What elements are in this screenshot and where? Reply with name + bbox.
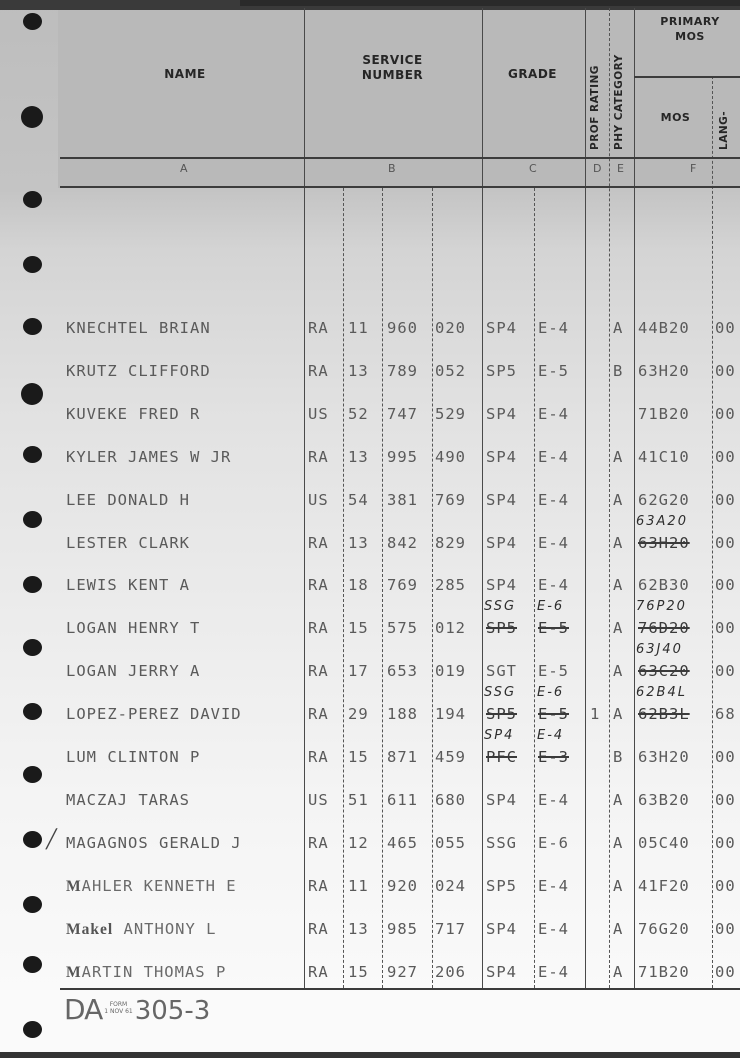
cell-grade: SP4 (486, 790, 517, 810)
cell-mos: 62B3L (638, 704, 690, 724)
row-divider (60, 157, 740, 159)
cell-sn2: 960 (387, 318, 418, 338)
cell-name: LOGAN JERRY A (66, 661, 200, 681)
cell-sn1: 52 (348, 404, 369, 424)
table-row: Makel ANTHONY LRA13985717SP4E-4A76G2000 (0, 919, 740, 939)
handwritten-correction: 76P20 (636, 599, 687, 614)
cell-lang: 00 (715, 490, 736, 510)
cell-grade: SP4 (486, 318, 517, 338)
cell-sn1: 13 (348, 533, 369, 553)
binder-hole (21, 383, 43, 405)
cell-pay: E-4 (538, 919, 569, 939)
cell-pay: E-4 (538, 962, 569, 982)
cell-phy: B (613, 747, 623, 767)
cell-sn2: 465 (387, 833, 418, 853)
binder-hole (23, 896, 42, 913)
table-row: LEWIS KENT ARA18769285SP4E-4A62B3000 (0, 575, 740, 595)
cell-name: LESTER CLARK (66, 533, 190, 553)
cell-phy: A (613, 318, 623, 338)
cell-sn1: 13 (348, 919, 369, 939)
cell-grade: SSG (486, 833, 517, 853)
cell-sn3: 052 (435, 361, 466, 381)
cell-name: LEE DONALD H (66, 490, 190, 510)
cell-phy: A (613, 447, 623, 467)
row-divider (60, 988, 740, 990)
cell-grade: SP5 (486, 361, 517, 381)
cell-phy: A (613, 962, 623, 982)
cell-mos: 63B20 (638, 790, 690, 810)
cell-sn3: 012 (435, 618, 466, 638)
cell-sn2: 871 (387, 747, 418, 767)
retyped-surname-prefix: M (66, 878, 82, 895)
cell-mos: 44B20 (638, 318, 690, 338)
binder-hole (23, 1021, 42, 1038)
cell-sn2: 611 (387, 790, 418, 810)
header-prof-rating: PROF RATING (589, 65, 601, 150)
cell-mos: 63H20 (638, 747, 690, 767)
cell-sn3: 459 (435, 747, 466, 767)
cell-grade: SP4 (486, 490, 517, 510)
table-row: LOPEZ-PEREZ DAVIDRA29188194SP5E-51A62B3L… (0, 704, 740, 724)
binder-hole (23, 511, 42, 528)
cell-sn3: 024 (435, 876, 466, 896)
cell-mos: 63C20 (638, 661, 690, 681)
cell-sn3: 194 (435, 704, 466, 724)
cell-sn2: 920 (387, 876, 418, 896)
column-letter-d: D (593, 162, 601, 175)
cell-prefix: RA (308, 447, 329, 467)
scan-edge-bottom (0, 1052, 740, 1058)
cell-lang: 00 (715, 661, 736, 681)
cell-sn3: 019 (435, 661, 466, 681)
cell-grade: SP5 (486, 618, 517, 638)
cell-mos: 41F20 (638, 876, 690, 896)
cell-phy: A (613, 618, 623, 638)
cell-phy: A (613, 876, 623, 896)
cell-sn2: 575 (387, 618, 418, 638)
binder-hole (23, 191, 42, 208)
cell-sn2: 789 (387, 361, 418, 381)
cell-prof: 1 (590, 704, 600, 724)
cell-prefix: RA (308, 833, 329, 853)
binder-hole (21, 106, 43, 128)
cell-prefix: RA (308, 318, 329, 338)
cell-phy: A (613, 919, 623, 939)
cell-mos: 76G20 (638, 919, 690, 939)
cell-sn2: 381 (387, 490, 418, 510)
table-row: LOGAN JERRY ARA17653019SGTE-5A63C200063J… (0, 661, 740, 681)
handwritten-correction: SSG (484, 685, 516, 700)
retyped-surname-prefix: Makel (66, 921, 113, 938)
cell-sn3: 490 (435, 447, 466, 467)
cell-grade: SP4 (486, 533, 517, 553)
header-name: NAME (120, 67, 250, 82)
handwritten-correction: SP4 (484, 728, 514, 743)
cell-sn1: 13 (348, 361, 369, 381)
cell-pay: E-3 (538, 747, 569, 767)
form-number: 305-3 (135, 996, 211, 1026)
cell-sn3: 717 (435, 919, 466, 939)
column-letter-c: C (529, 162, 537, 175)
cell-name: MARTIN THOMAS P (66, 962, 226, 983)
cell-lang: 00 (715, 447, 736, 467)
cell-lang: 00 (715, 833, 736, 853)
header-service-number: SERVICE NUMBER (345, 53, 440, 83)
cell-name: Makel ANTHONY L (66, 919, 217, 940)
scan-edge-top-dark (240, 0, 740, 6)
row-divider (634, 76, 740, 78)
cell-sn3: 020 (435, 318, 466, 338)
cell-sn2: 747 (387, 404, 418, 424)
cell-mos: 63H20 (638, 533, 690, 553)
table-row: KUVEKE FRED RUS52747529SP4E-471B2000 (0, 404, 740, 424)
cell-lang: 00 (715, 618, 736, 638)
handwritten-correction: E-4 (537, 728, 564, 743)
cell-sn1: 15 (348, 747, 369, 767)
column-letter-b: B (388, 162, 396, 175)
binder-hole (23, 639, 42, 656)
cell-sn1: 15 (348, 962, 369, 982)
cell-mos: 62G20 (638, 490, 690, 510)
table-row: LUM CLINTON PRA15871459PFCE-3B63H2000SP4… (0, 747, 740, 767)
cell-lang: 00 (715, 962, 736, 982)
binder-hole (23, 13, 42, 30)
cell-sn3: 055 (435, 833, 466, 853)
handwritten-correction: 63J40 (636, 642, 683, 657)
cell-mos: 71B20 (638, 962, 690, 982)
cell-sn1: 12 (348, 833, 369, 853)
cell-name: KRUTZ CLIFFORD (66, 361, 211, 381)
form-identifier: DAFORM1 NOV 61305-3 (64, 993, 210, 1026)
cell-phy: A (613, 833, 623, 853)
cell-sn1: 18 (348, 575, 369, 595)
cell-sn2: 842 (387, 533, 418, 553)
check-mark-icon: ╱ (46, 829, 57, 850)
cell-prefix: RA (308, 661, 329, 681)
cell-name: LEWIS KENT A (66, 575, 190, 595)
header-phy-category: PHY CATEGORY (613, 54, 625, 150)
cell-pay: E-4 (538, 533, 569, 553)
cell-sn3: 529 (435, 404, 466, 424)
table-row: KYLER JAMES W JRRA13995490SP4E-4A41C1000 (0, 447, 740, 467)
cell-sn1: 11 (348, 876, 369, 896)
cell-pay: E-5 (538, 618, 569, 638)
retyped-surname-prefix: M (66, 964, 82, 981)
cell-sn2: 653 (387, 661, 418, 681)
cell-pay: E-4 (538, 447, 569, 467)
cell-pay: E-5 (538, 661, 569, 681)
cell-pay: E-4 (538, 790, 569, 810)
cell-lang: 68 (715, 704, 736, 724)
cell-pay: E-4 (538, 318, 569, 338)
cell-prefix: RA (308, 876, 329, 896)
cell-lang: 00 (715, 318, 736, 338)
header-lang: LANG- (718, 111, 730, 150)
cell-sn3: 769 (435, 490, 466, 510)
cell-phy: A (613, 490, 623, 510)
form-page: NAME SERVICE NUMBER GRADE PROF RATING PH… (0, 0, 740, 1058)
cell-grade: SP4 (486, 447, 517, 467)
cell-mos: 71B20 (638, 404, 690, 424)
cell-prefix: RA (308, 919, 329, 939)
cell-sn3: 829 (435, 533, 466, 553)
cell-pay: E-4 (538, 575, 569, 595)
cell-name: LOPEZ-PEREZ DAVID (66, 704, 242, 724)
column-letter-f: F (690, 162, 696, 175)
cell-sn1: 54 (348, 490, 369, 510)
handwritten-correction: E-6 (537, 599, 564, 614)
cell-grade: SP5 (486, 704, 517, 724)
cell-prefix: US (308, 790, 329, 810)
table-row: LEE DONALD HUS54381769SP4E-4A62G2000 (0, 490, 740, 510)
cell-grade: SP4 (486, 962, 517, 982)
cell-grade: SP4 (486, 919, 517, 939)
cell-sn1: 13 (348, 447, 369, 467)
table-row: KRUTZ CLIFFORDRA13789052SP5E-5B63H2000 (0, 361, 740, 381)
header-grade: GRADE (490, 67, 575, 82)
table-row: MAGAGNOS GERALD JRA12465055SSGE-6A05C400… (0, 833, 740, 853)
cell-lang: 00 (715, 575, 736, 595)
cell-grade: SP4 (486, 404, 517, 424)
cell-pay: E-5 (538, 704, 569, 724)
cell-prefix: US (308, 490, 329, 510)
table-row: MAHLER KENNETH ERA11920024SP5E-4A41F2000 (0, 876, 740, 896)
cell-name: MAGAGNOS GERALD J (66, 833, 242, 853)
cell-prefix: RA (308, 747, 329, 767)
cell-pay: E-4 (538, 404, 569, 424)
column-letter-a: A (180, 162, 188, 175)
table-row: KNECHTEL BRIANRA11960020SP4E-4A44B2000 (0, 318, 740, 338)
cell-name: KNECHTEL BRIAN (66, 318, 211, 338)
cell-sn3: 206 (435, 962, 466, 982)
cell-lang: 00 (715, 876, 736, 896)
cell-mos: 41C10 (638, 447, 690, 467)
cell-phy: A (613, 661, 623, 681)
cell-sn2: 927 (387, 962, 418, 982)
cell-phy: A (613, 704, 623, 724)
binder-hole (23, 256, 42, 273)
cell-sn1: 29 (348, 704, 369, 724)
table-row: MACZAJ TARASUS51611680SP4E-4A63B2000 (0, 790, 740, 810)
cell-lang: 00 (715, 361, 736, 381)
cell-name: MACZAJ TARAS (66, 790, 190, 810)
cell-name: KYLER JAMES W JR (66, 447, 231, 467)
cell-sn1: 15 (348, 618, 369, 638)
cell-lang: 00 (715, 790, 736, 810)
cell-sn2: 188 (387, 704, 418, 724)
table-row: LOGAN HENRY TRA15575012SP5E-5A76D2000SSG… (0, 618, 740, 638)
cell-sn2: 769 (387, 575, 418, 595)
cell-lang: 00 (715, 747, 736, 767)
header-mos: MOS (648, 110, 703, 125)
cell-sn2: 985 (387, 919, 418, 939)
cell-prefix: RA (308, 361, 329, 381)
cell-phy: A (613, 790, 623, 810)
handwritten-correction: 62B4L (636, 685, 687, 700)
header-band (58, 10, 740, 188)
table-row: LESTER CLARKRA13842829SP4E-4A63H200063A2… (0, 533, 740, 553)
header-primary-mos: PRIMARY MOS (645, 14, 735, 44)
cell-name: LUM CLINTON P (66, 747, 200, 767)
cell-grade: PFC (486, 747, 517, 767)
cell-mos: 62B30 (638, 575, 690, 595)
table-row: MARTIN THOMAS PRA15927206SP4E-4A71B2000 (0, 962, 740, 982)
cell-pay: E-6 (538, 833, 569, 853)
cell-name: LOGAN HENRY T (66, 618, 200, 638)
cell-mos: 63H20 (638, 361, 690, 381)
cell-prefix: RA (308, 704, 329, 724)
cell-grade: SGT (486, 661, 517, 681)
cell-prefix: RA (308, 618, 329, 638)
cell-sn1: 17 (348, 661, 369, 681)
cell-phy: A (613, 575, 623, 595)
cell-sn1: 11 (348, 318, 369, 338)
handwritten-correction: SSG (484, 599, 516, 614)
cell-grade: SP5 (486, 876, 517, 896)
cell-prefix: RA (308, 575, 329, 595)
cell-sn3: 285 (435, 575, 466, 595)
cell-sn3: 680 (435, 790, 466, 810)
cell-mos: 76D20 (638, 618, 690, 638)
cell-prefix: RA (308, 533, 329, 553)
cell-sn2: 995 (387, 447, 418, 467)
handwritten-correction: 63A20 (636, 514, 688, 529)
cell-prefix: US (308, 404, 329, 424)
handwritten-correction: E-6 (537, 685, 564, 700)
cell-phy: A (613, 533, 623, 553)
cell-pay: E-4 (538, 490, 569, 510)
cell-mos: 05C40 (638, 833, 690, 853)
cell-lang: 00 (715, 919, 736, 939)
cell-pay: E-5 (538, 361, 569, 381)
cell-grade: SP4 (486, 575, 517, 595)
cell-lang: 00 (715, 404, 736, 424)
cell-prefix: RA (308, 962, 329, 982)
cell-name: MAHLER KENNETH E (66, 876, 237, 897)
cell-lang: 00 (715, 533, 736, 553)
cell-phy: B (613, 361, 623, 381)
binder-hole (23, 766, 42, 783)
cell-pay: E-4 (538, 876, 569, 896)
form-prefix: DA (64, 993, 102, 1026)
cell-name: KUVEKE FRED R (66, 404, 200, 424)
row-divider (60, 186, 740, 188)
cell-sn1: 51 (348, 790, 369, 810)
form-date-label: FORM1 NOV 61 (104, 1001, 132, 1015)
column-letter-e: E (617, 162, 624, 175)
